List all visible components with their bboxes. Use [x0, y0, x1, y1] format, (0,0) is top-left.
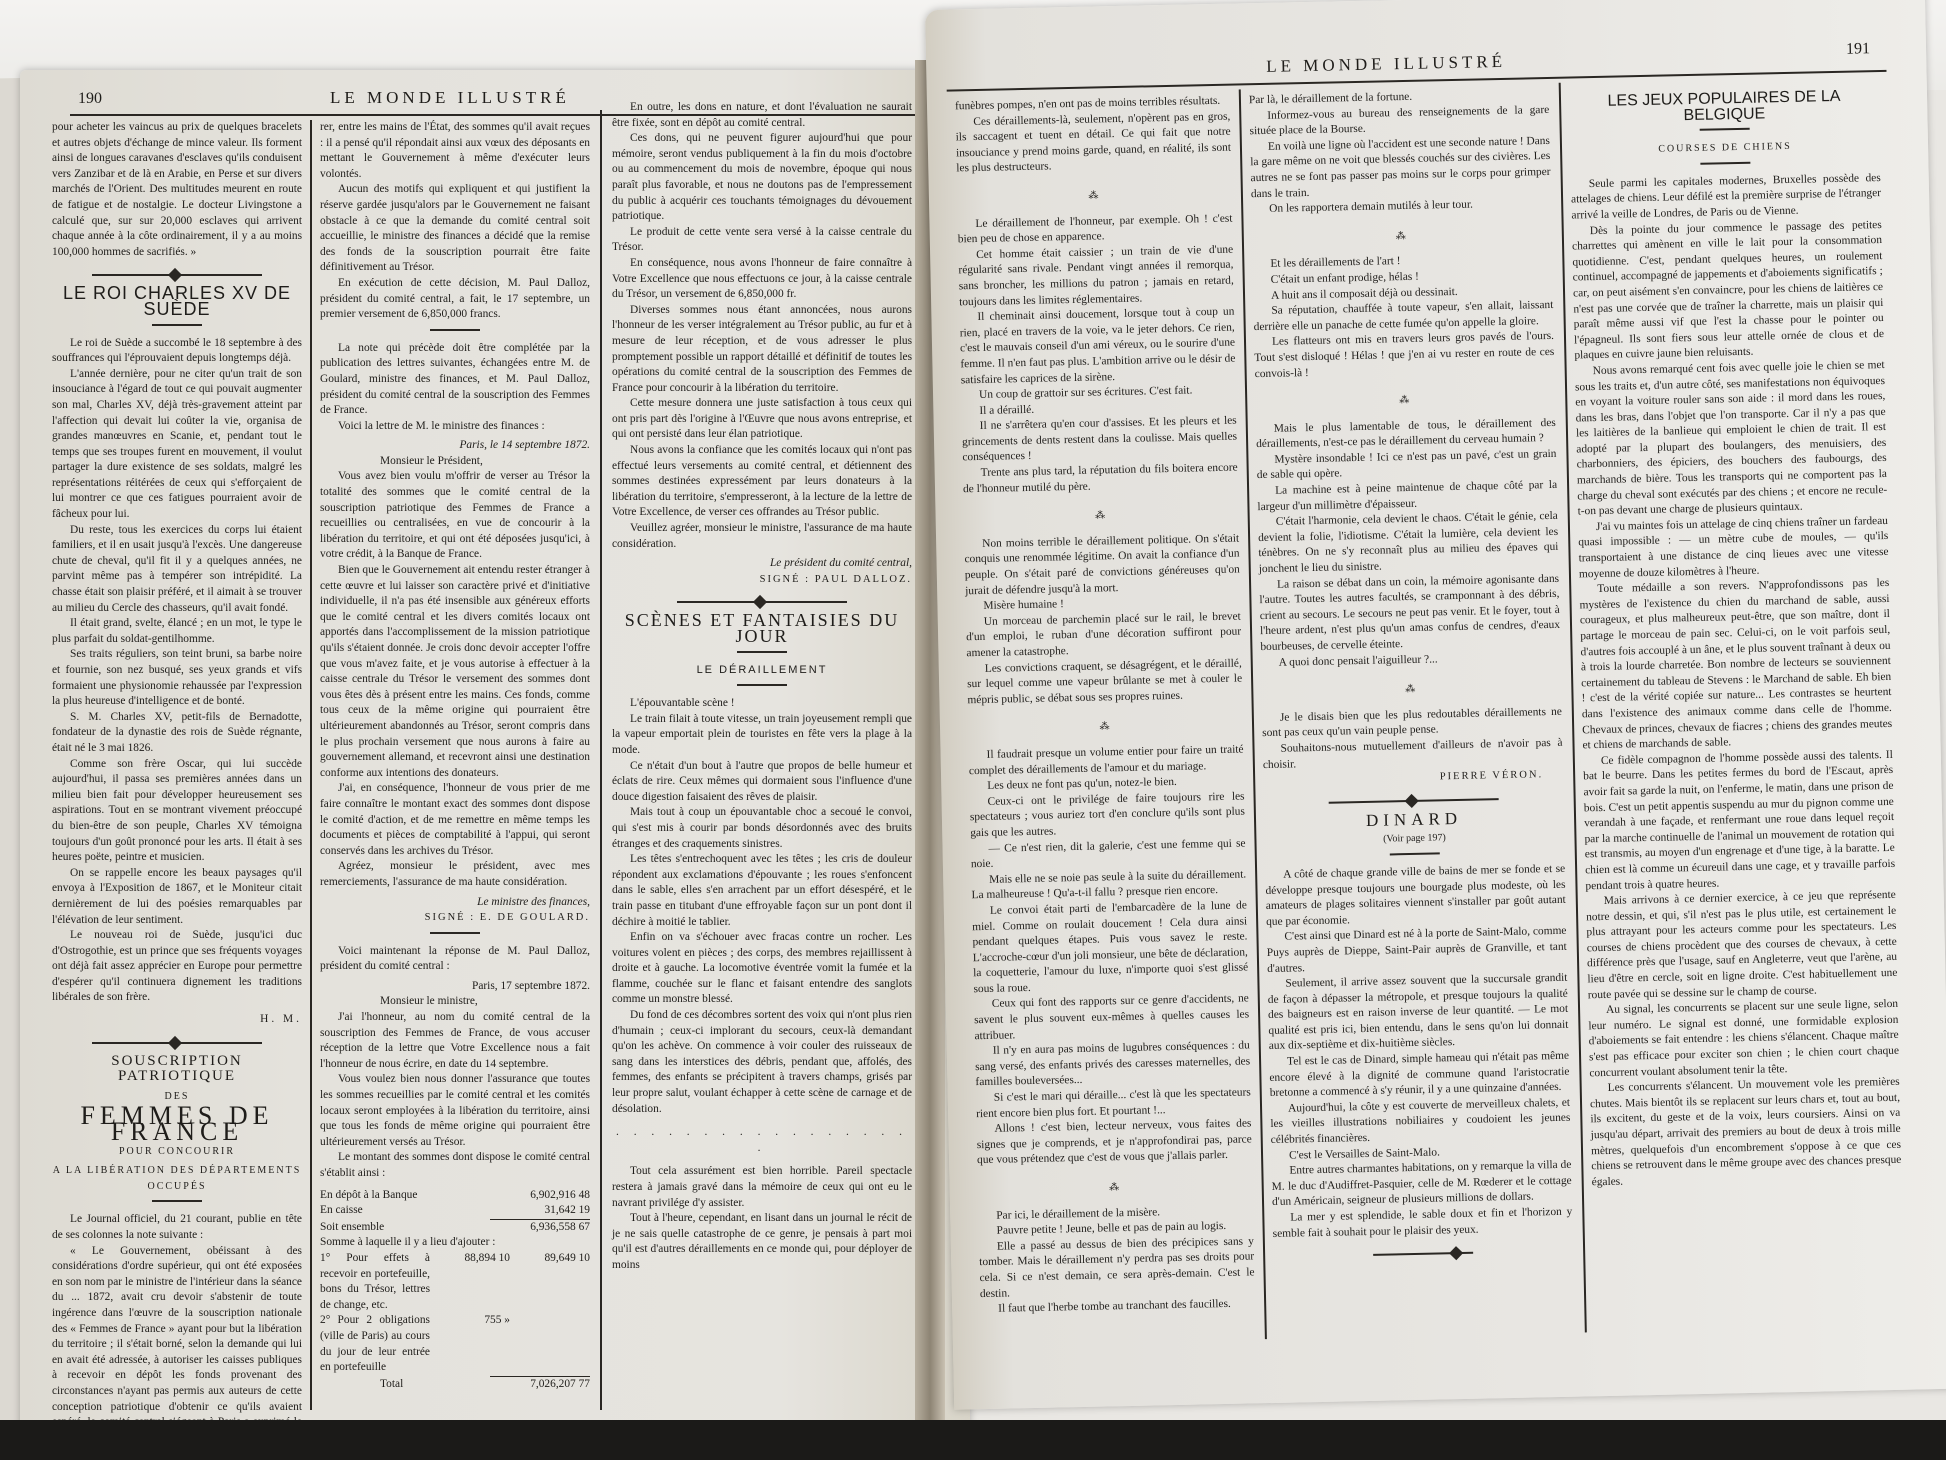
accounts-row: En dépôt à la Banque6,902,916 48 — [320, 1188, 590, 1204]
table-surface — [0, 1420, 1946, 1460]
right-column-2: Par là, le déraillement de la fortune. I… — [1249, 87, 1574, 1268]
paragraph: S. M. Charles XV, petit-fils de Bernadot… — [52, 710, 302, 757]
belgique-title: LES JEUX POPULAIRES DE LA BELGIQUE — [1569, 88, 1880, 126]
paragraph: Au signal, les concurrents se placent su… — [1588, 997, 1900, 1081]
paragraph: Ceux-ci ont le privilége de faire toujou… — [969, 789, 1245, 842]
paragraph: Veuillez agréer, monsieur le ministre, l… — [612, 521, 912, 552]
column-rule — [600, 110, 602, 1410]
paragraph: Nous avons la confiance que les comités … — [612, 443, 912, 521]
letter2-salutation: Monsieur le ministre, — [320, 994, 590, 1010]
author-initials: H. M. — [52, 1012, 302, 1028]
paragraph: Le roi de Suède a succombé le 18 septemb… — [52, 336, 302, 367]
asterism: ⁂ — [968, 717, 1243, 738]
letter2-dateline: Paris, 17 septembre 1872. — [320, 979, 590, 995]
paragraph: Cette mesure donnera une juste satisfact… — [612, 396, 912, 443]
paragraph: Vous avez bien voulu m'offrir de verser … — [320, 469, 590, 563]
paragraph: L'épouvantable scène ! — [612, 696, 912, 712]
asterism: ⁂ — [1255, 390, 1555, 412]
dalloz-signature: Signé : PAUL DALLOZ. — [612, 572, 912, 588]
items-total: 89,649 10 — [510, 1251, 590, 1313]
paragraph: La note qui précède doit être complétée … — [320, 341, 590, 419]
paragraph: Dès la pointe du jour commence le passag… — [1572, 218, 1885, 365]
paragraph: Le train filait à toute vitesse, un trai… — [612, 712, 912, 759]
paragraph: Cet homme était caissier ; un train de v… — [958, 242, 1234, 310]
row-value: 31,642 19 — [510, 1203, 590, 1219]
asterism: ⁂ — [1252, 226, 1552, 248]
ornament-divider — [92, 274, 262, 276]
asterism: ⁂ — [1261, 679, 1561, 701]
paragraph: C'était l'harmonie, cela devient le chao… — [1258, 509, 1559, 578]
paragraph: En voilà une ligne où l'accident est une… — [1250, 134, 1551, 203]
right-column-3: LES JEUX POPULAIRES DE LA BELGIQUE COURS… — [1569, 80, 1902, 1191]
paragraph: En conséquence, nous avons l'honneur de … — [612, 256, 912, 303]
accounts-row: 1° Pour effets à recevoir en portefeuill… — [320, 1251, 590, 1313]
asterism: ⁂ — [978, 1177, 1253, 1198]
paragraph: Un morceau de parchemin placé sur le rai… — [966, 609, 1242, 662]
paragraph: Le montant des sommes dont dispose le co… — [320, 1150, 590, 1181]
paragraph: Voici la lettre de M. le ministre des fi… — [320, 419, 590, 435]
paragraph: Seule parmi les capitales modernes, Brux… — [1571, 171, 1882, 224]
paragraph: Tel est le cas de Dinard, simple hameau … — [1269, 1049, 1570, 1102]
right-page: LE MONDE ILLUSTRÉ 191 funèbres pompes, n… — [925, 0, 1946, 1410]
paragraph: Toute médaille a son revers. N'approfond… — [1579, 576, 1893, 754]
paragraph: Il faudrait presque un volume entier pou… — [968, 742, 1244, 779]
souscription-subtitle-1: POUR CONCOURIR — [52, 1144, 302, 1160]
ornament-divider — [1329, 798, 1499, 804]
row-label: 1° Pour effets à recevoir en portefeuill… — [320, 1251, 430, 1313]
scenes-subtitle: LE DÉRAILLEMENT — [612, 663, 912, 679]
paragraph: La raison se débat dans un coin, la mémo… — [1259, 571, 1561, 655]
running-head-left: LE MONDE ILLUSTRÉ — [330, 88, 570, 108]
paragraph: Bien que le Gouvernement ait entendu res… — [320, 563, 590, 781]
paragraph: La mer y est splendide, le sable doux et… — [1272, 1205, 1573, 1242]
femmes-de-france-title: FEMMES DE FRANCE — [52, 1108, 302, 1139]
paragraph: Les flatteurs ont mis en travers leurs g… — [1254, 329, 1555, 382]
souscription-title: SOUSCRIPTION PATRIOTIQUE — [52, 1054, 302, 1085]
paragraph: Le convoi était parti de l'embarcadère d… — [972, 898, 1249, 997]
column-rule — [310, 120, 312, 1410]
paragraph: Les concurrents s'élancent. Un mouvement… — [1590, 1075, 1902, 1191]
paragraph: Seulement, il arrive assez souvent que l… — [1267, 971, 1569, 1055]
paragraph: Ce n'était d'un bout à l'autre que propo… — [612, 759, 912, 806]
title-rule — [737, 651, 787, 653]
paragraph: Ceux qui font des rapports sur ce genre … — [974, 992, 1250, 1045]
title-rule — [1700, 128, 1750, 131]
paragraph: Il n'y en aura pas moins de lugubres con… — [975, 1039, 1251, 1092]
article-title-charles-xv: LE ROI CHARLES XV DE SUÈDE — [52, 286, 302, 317]
ornament-divider — [677, 601, 847, 603]
total-value: 7,026,207 77 — [510, 1377, 590, 1393]
paragraph: J'ai vu maintes fois un attelage de cinq… — [1578, 514, 1889, 583]
letter1-signature-title: Le ministre des finances, — [320, 895, 590, 911]
right-column-1: funèbres pompes, n'en ont pas de moins t… — [955, 94, 1255, 1318]
paragraph: C'est ainsi que Dinard est né à la porte… — [1266, 924, 1567, 977]
section-rule — [430, 932, 480, 934]
accounts-row: Soit ensemble6,936,558 67 — [320, 1220, 590, 1236]
belgique-subtitle: COURSES DE CHIENS — [1570, 137, 1880, 159]
paragraph: « Le Gouvernement, obéissant à des consi… — [52, 1244, 302, 1447]
paragraph: Les convictions craquent, se désagrégent… — [967, 656, 1243, 709]
end-ornament — [1373, 1252, 1473, 1256]
paragraph: Enfin on va s'échouer avec fracas contre… — [612, 930, 912, 1008]
paragraph: Tout cela assurément est bien horrible. … — [612, 1164, 912, 1211]
paragraph: Il était grand, svelte, élancé ; en un m… — [52, 616, 302, 647]
scenes-title: SCÈNES ET FANTAISIES DU JOUR — [612, 613, 912, 644]
paragraph: rer, entre les mains de l'État, des somm… — [320, 120, 590, 182]
add-label: Somme à laquelle il y a lieu d'ajouter : — [320, 1235, 590, 1251]
paragraph: On se rappelle encore les beaux paysages… — [52, 866, 302, 928]
paragraph: Ces déraillements-là, seulement, n'opère… — [955, 109, 1231, 177]
paragraph: Du reste, tous les exercices du corps lu… — [52, 523, 302, 617]
paragraph: Vous voulez bien nous donner l'assurance… — [320, 1072, 590, 1150]
slavery-paragraph: pour acheter les vaincus au prix de quel… — [52, 120, 302, 260]
paragraph: Ce fidèle compagnon de l'homme possède a… — [1583, 748, 1896, 895]
paragraph: En exécution de cette décision, M. Paul … — [320, 276, 590, 323]
paragraph: Tout à l'heure, cependant, en lisant dan… — [612, 1211, 912, 1273]
left-column-1: pour acheter les vaincus au prix de quel… — [52, 120, 302, 1446]
paragraph: L'année dernière, pour ne citer qu'un tr… — [52, 367, 302, 523]
dinard-reference: (Voir page 197) — [1264, 828, 1564, 850]
souscription-subtitle-2: A LA LIBÉRATION DES DÉPARTEMENTS OCCUPÉS — [52, 1163, 302, 1194]
paragraph: Non moins terrible le déraillement polit… — [964, 531, 1240, 599]
paragraph: Aujourd'hui, la côte y est couverte de m… — [1270, 1096, 1571, 1149]
row-label: En dépôt à la Banque — [320, 1188, 417, 1204]
paragraph: Du fond de ces décombres sortent des voi… — [612, 1008, 912, 1117]
paragraph: Ses traits réguliers, son teint bruni, s… — [52, 647, 302, 709]
row-value: 6,936,558 67 — [510, 1220, 590, 1236]
paragraph: Mais tout à coup un épouvantable choc a … — [612, 805, 912, 852]
dotted-separator: . . . . . . . . . . . . . . . . . . — [612, 1125, 912, 1156]
title-rule — [1700, 162, 1750, 165]
left-column-2: rer, entre les mains de l'État, des somm… — [320, 120, 590, 1398]
title-rule — [152, 1200, 202, 1202]
title-rule — [1390, 852, 1440, 855]
title-rule — [737, 684, 787, 686]
row-value: 755 » — [430, 1313, 510, 1375]
paragraph: Mais arrivons à ce dernier exercice, à c… — [1586, 888, 1898, 1004]
accounts-total-row: Total7,026,207 77 — [320, 1377, 590, 1393]
paragraph: Trente ans plus tard, la réputation du f… — [963, 461, 1239, 498]
asterism: ⁂ — [964, 506, 1239, 527]
row-label: En caisse — [320, 1203, 363, 1219]
row-label: Soit ensemble — [320, 1220, 384, 1236]
row-label: 2° Pour 2 obligations (ville de Paris) a… — [320, 1313, 430, 1375]
paragraph: Agréez, monsieur le président, avec mes … — [320, 859, 590, 890]
paragraph: J'ai, en conséquence, l'honneur de vous … — [320, 781, 590, 859]
left-column-3: En outre, les dons en nature, et dont l'… — [612, 100, 912, 1274]
paragraph: Ces dons, qui ne peuvent figurer aujourd… — [612, 131, 912, 225]
paragraph: Voici maintenant la réponse de M. Paul D… — [320, 944, 590, 975]
title-rule — [152, 324, 202, 326]
paragraph: Comme son frère Oscar, qui lui succède a… — [52, 757, 302, 866]
paragraph: Il cheminait ainsi doucement, lorsque to… — [959, 305, 1236, 389]
paragraph: Les têtes s'entrechoquent avec les têtes… — [612, 852, 912, 930]
letter1-dateline: Paris, le 14 septembre 1872. — [320, 438, 590, 454]
paragraph: Diverses sommes nous étant annoncées, no… — [612, 303, 912, 397]
accounts-row: En caisse31,642 19 — [320, 1203, 590, 1219]
paragraph: Aucun des motifs qui expliquent et qui j… — [320, 182, 590, 276]
paragraph: J'ai l'honneur, au nom du comité central… — [320, 1010, 590, 1072]
paragraph: Le nouveau roi de Suède, jusqu'ici duc d… — [52, 928, 302, 1006]
letter1-signature: Signé : E. DE GOULARD. — [320, 910, 590, 926]
paragraph: Le Journal officiel, du 21 courant, publ… — [52, 1212, 302, 1243]
dinard-title: DINARD — [1264, 809, 1564, 831]
page-number-right: 191 — [1846, 40, 1870, 58]
paragraph: En outre, les dons en nature, et dont l'… — [612, 100, 912, 131]
paragraph: Nous avons remarqué cent fois avec quell… — [1575, 358, 1888, 520]
paragraph: Allons ! c'est bien, lecteur nerveux, vo… — [976, 1117, 1252, 1170]
section-rule — [430, 329, 480, 331]
accounts-row: 2° Pour 2 obligations (ville de Paris) a… — [320, 1313, 590, 1375]
paragraph: A côté de chaque grande ville de bains d… — [1265, 862, 1566, 931]
dalloz-signature-title: Le président du comité central, — [612, 556, 912, 572]
row-value: 6,902,916 48 — [510, 1188, 590, 1204]
running-head-right: LE MONDE ILLUSTRÉ — [1266, 52, 1506, 77]
accounts-table: En dépôt à la Banque6,902,916 48 En cais… — [320, 1188, 590, 1393]
paragraph: Il ne s'arrêtera qu'en cour d'assises. E… — [962, 414, 1238, 467]
paragraph: Entre autres charmantes habitations, on … — [1271, 1158, 1572, 1211]
row-value: 88,894 10 — [430, 1251, 510, 1313]
paragraph: Le produit de cette vente sera versé à l… — [612, 225, 912, 256]
asterism: ⁂ — [957, 186, 1232, 207]
paragraph: Elle a passé au dessus de bien des préci… — [979, 1234, 1255, 1302]
page-number-left: 190 — [78, 90, 102, 108]
ornament-divider — [92, 1042, 262, 1044]
total-label: Total — [320, 1377, 403, 1393]
left-page: 190 LE MONDE ILLUSTRÉ pour acheter les v… — [20, 70, 970, 1430]
letter1-salutation: Monsieur le Président, — [320, 454, 590, 470]
